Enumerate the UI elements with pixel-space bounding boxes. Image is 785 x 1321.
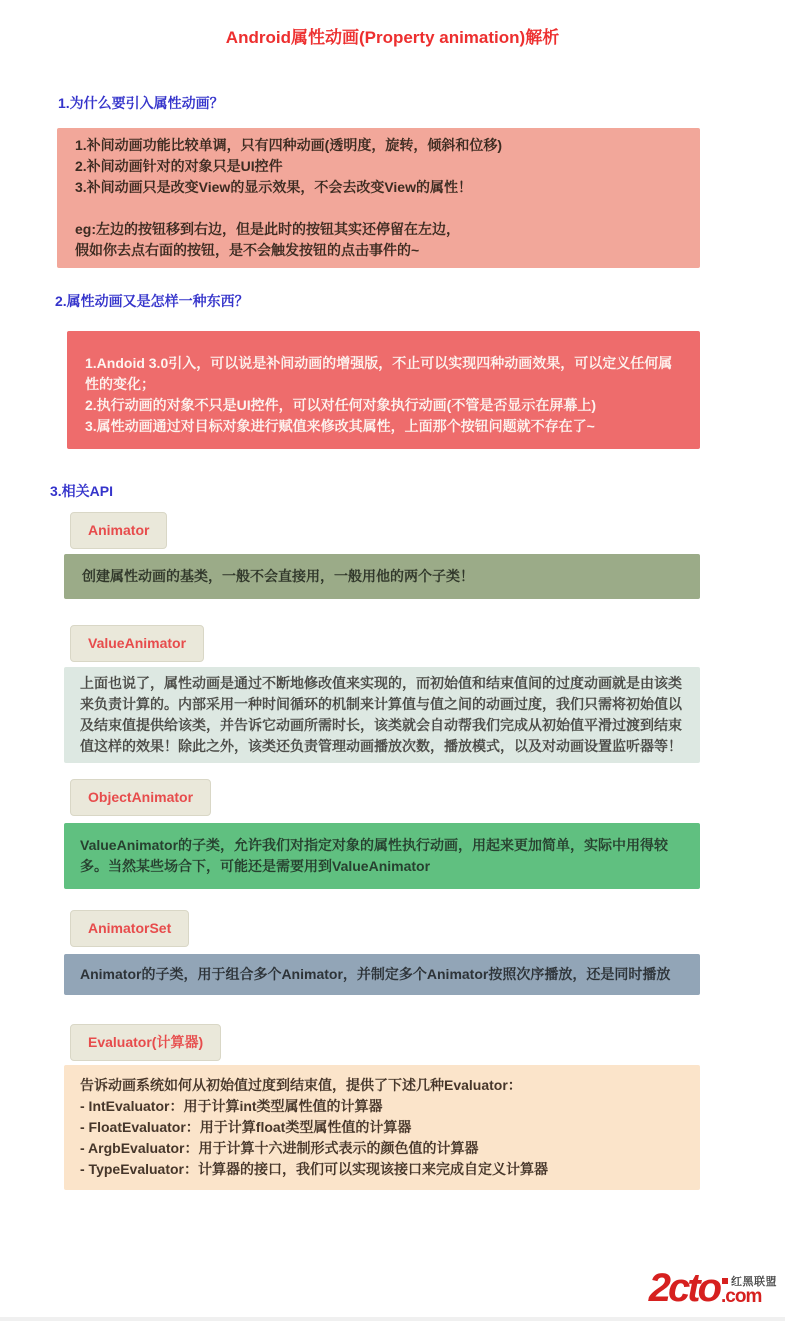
section-3-heading: 3.相关API <box>50 483 785 499</box>
text-line: 假如你去点右面的按钮，是不会触发按钮的点击事件的~ <box>75 240 682 261</box>
text-line: 上面也说了，属性动画是通过不断地修改值来实现的，而初始值和结束值间的过度动画就是… <box>80 673 684 757</box>
text-line: - ArgbEvaluator：用于计算十六进制形式表示的颜色值的计算器 <box>80 1138 684 1159</box>
text-line <box>75 198 682 219</box>
text-line: 创建属性动画的基类，一般不会直接用，一般用他的两个子类！ <box>82 566 682 587</box>
objectanimator-label: ObjectAnimator <box>70 779 211 816</box>
api-block-animator: Animator 创建属性动画的基类，一般不会直接用，一般用他的两个子类！ <box>64 499 700 599</box>
property-animation-intro-box: 1.Andoid 3.0引入，可以说是补间动画的增强版，不止可以实现四种动画效果… <box>67 331 700 449</box>
objectanimator-description-box: ValueAnimator的子类，允许我们对指定对象的属性执行动画，用起来更加简… <box>64 823 700 889</box>
evaluator-label: Evaluator(计算器) <box>70 1024 221 1061</box>
bottom-divider <box>0 1317 785 1321</box>
animator-description-box: 创建属性动画的基类，一般不会直接用，一般用他的两个子类！ <box>64 554 700 599</box>
logo-grid-icon <box>721 1277 729 1285</box>
api-block-animatorset: AnimatorSet Animator的子类，用于组合多个Animator，并… <box>64 889 700 995</box>
animatorset-description-box: Animator的子类，用于组合多个Animator，并制定多个Animator… <box>64 954 700 995</box>
valueanimator-label: ValueAnimator <box>70 625 204 662</box>
api-block-objectanimator: ObjectAnimator ValueAnimator的子类，允许我们对指定对… <box>64 763 700 889</box>
text-line: 3.属性动画通过对目标对象进行赋值来修改其属性，上面那个按钮问题就不存在了~ <box>85 416 682 437</box>
page-title: Android属性动画(Property animation)解析 <box>0 0 785 48</box>
api-block-valueanimator: ValueAnimator 上面也说了，属性动画是通过不断地修改值来实现的，而初… <box>64 599 700 763</box>
text-line: - FloatEvaluator：用于计算float类型属性值的计算器 <box>80 1117 684 1138</box>
text-line: Animator的子类，用于组合多个Animator，并制定多个Animator… <box>80 964 684 985</box>
valueanimator-description-box: 上面也说了，属性动画是通过不断地修改值来实现的，而初始值和结束值间的过度动画就是… <box>64 667 700 763</box>
text-line: ValueAnimator的子类，允许我们对指定对象的属性执行动画，用起来更加简… <box>80 835 684 877</box>
text-line: 2.补间动画针对的对象只是UI控件 <box>75 156 682 177</box>
text-line: - TypeEvaluator：计算器的接口，我们可以实现该接口来完成自定义计算… <box>80 1159 684 1180</box>
text-line: 1.Andoid 3.0引入，可以说是补间动画的增强版，不止可以实现四种动画效果… <box>85 353 682 395</box>
animator-label: Animator <box>70 512 167 549</box>
text-line: 1.补间动画功能比较单调，只有四种动画(透明度，旋转，倾斜和位移) <box>75 135 682 156</box>
text-line: 2.执行动画的对象不只是UI控件，可以对任何对象执行动画(不管是否显示在屏幕上) <box>85 395 682 416</box>
logo-com-text: .com <box>721 1289 761 1305</box>
section-1-heading: 1.为什么要引入属性动画？ <box>58 95 785 111</box>
section-2-heading: 2.属性动画又是怎样一种东西？ <box>55 293 785 309</box>
api-block-evaluator: Evaluator(计算器) 告诉动画系统如何从初始值过度到结束值，提供了下述几… <box>64 995 700 1190</box>
site-watermark-logo: 2cto 红黑联盟 .com <box>649 1271 777 1305</box>
evaluator-description-box: 告诉动画系统如何从初始值过度到结束值，提供了下述几种Evaluator：- In… <box>64 1065 700 1190</box>
animatorset-label: AnimatorSet <box>70 910 189 947</box>
text-line: 告诉动画系统如何从初始值过度到结束值，提供了下述几种Evaluator： <box>80 1075 684 1096</box>
text-line: - IntEvaluator：用于计算int类型属性值的计算器 <box>80 1096 684 1117</box>
logo-2cto-text: 2cto <box>649 1271 719 1305</box>
text-line: eg:左边的按钮移到右边，但是此时的按钮其实还停留在左边， <box>75 219 682 240</box>
text-line: 3.补间动画只是改变View的显示效果，不会去改变View的属性！ <box>75 177 682 198</box>
tween-animation-limitations-box: 1.补间动画功能比较单调，只有四种动画(透明度，旋转，倾斜和位移)2.补间动画针… <box>57 128 700 268</box>
